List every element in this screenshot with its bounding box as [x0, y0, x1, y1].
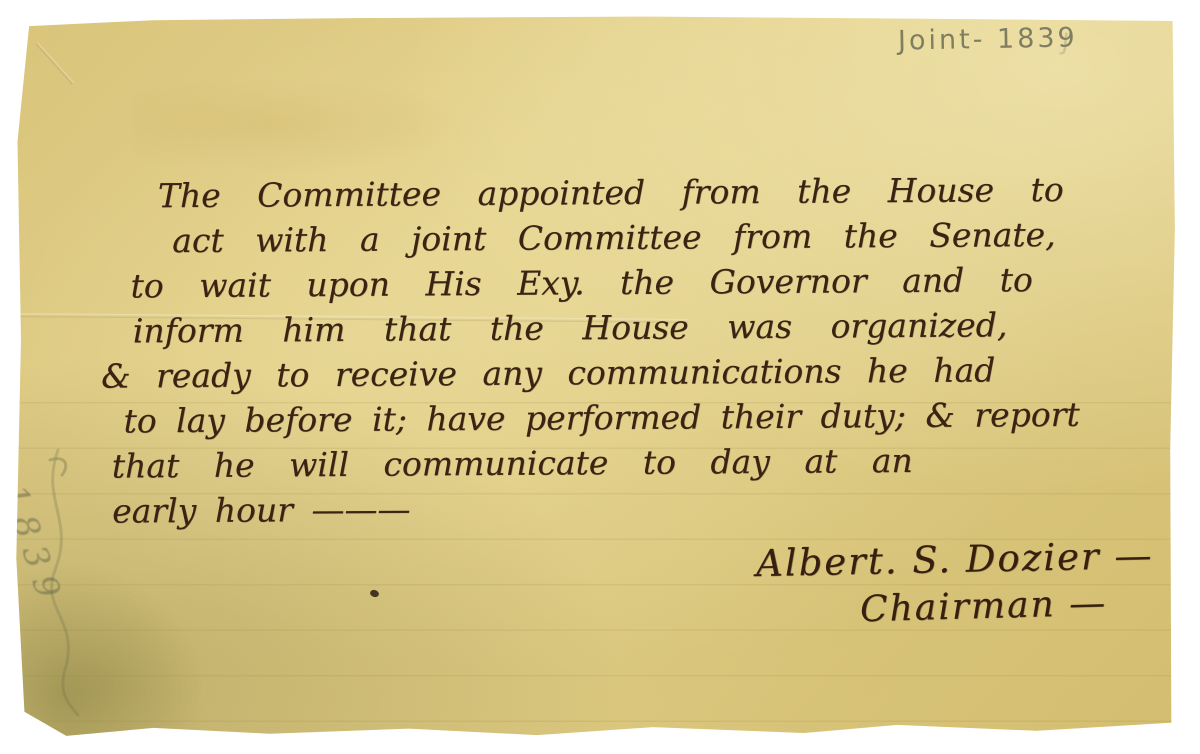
manuscript-paper: Joint- 1839 J The Committee appointed fr…	[14, 10, 1176, 741]
body-line: inform him that the House was organized,	[95, 301, 1155, 353]
body-line: early hour ———	[96, 481, 1156, 533]
corner-crease	[36, 42, 74, 84]
body-line: to lay before it; have performed their d…	[95, 391, 1155, 443]
signature-title: Chairman —	[860, 583, 1108, 630]
signature: Albert. S. Dozier —	[756, 534, 1154, 585]
ink-spot	[369, 589, 380, 599]
body-line: to wait upon His Exy. the Governor and t…	[94, 256, 1154, 308]
margin-pencil-flourish	[20, 440, 140, 720]
archival-annotation: Joint- 1839	[898, 22, 1078, 56]
document-scan: Joint- 1839 J The Committee appointed fr…	[0, 0, 1200, 754]
body-line: & ready to receive any communications he…	[95, 346, 1155, 398]
body-line: that he will communicate to day at an	[96, 436, 1156, 488]
paper-stain	[134, 80, 474, 170]
manuscript-body: The Committee appointed from the House t…	[94, 166, 1156, 533]
body-line: act with a joint Committee from the Sena…	[94, 211, 1154, 263]
body-line: The Committee appointed from the House t…	[94, 166, 1154, 218]
